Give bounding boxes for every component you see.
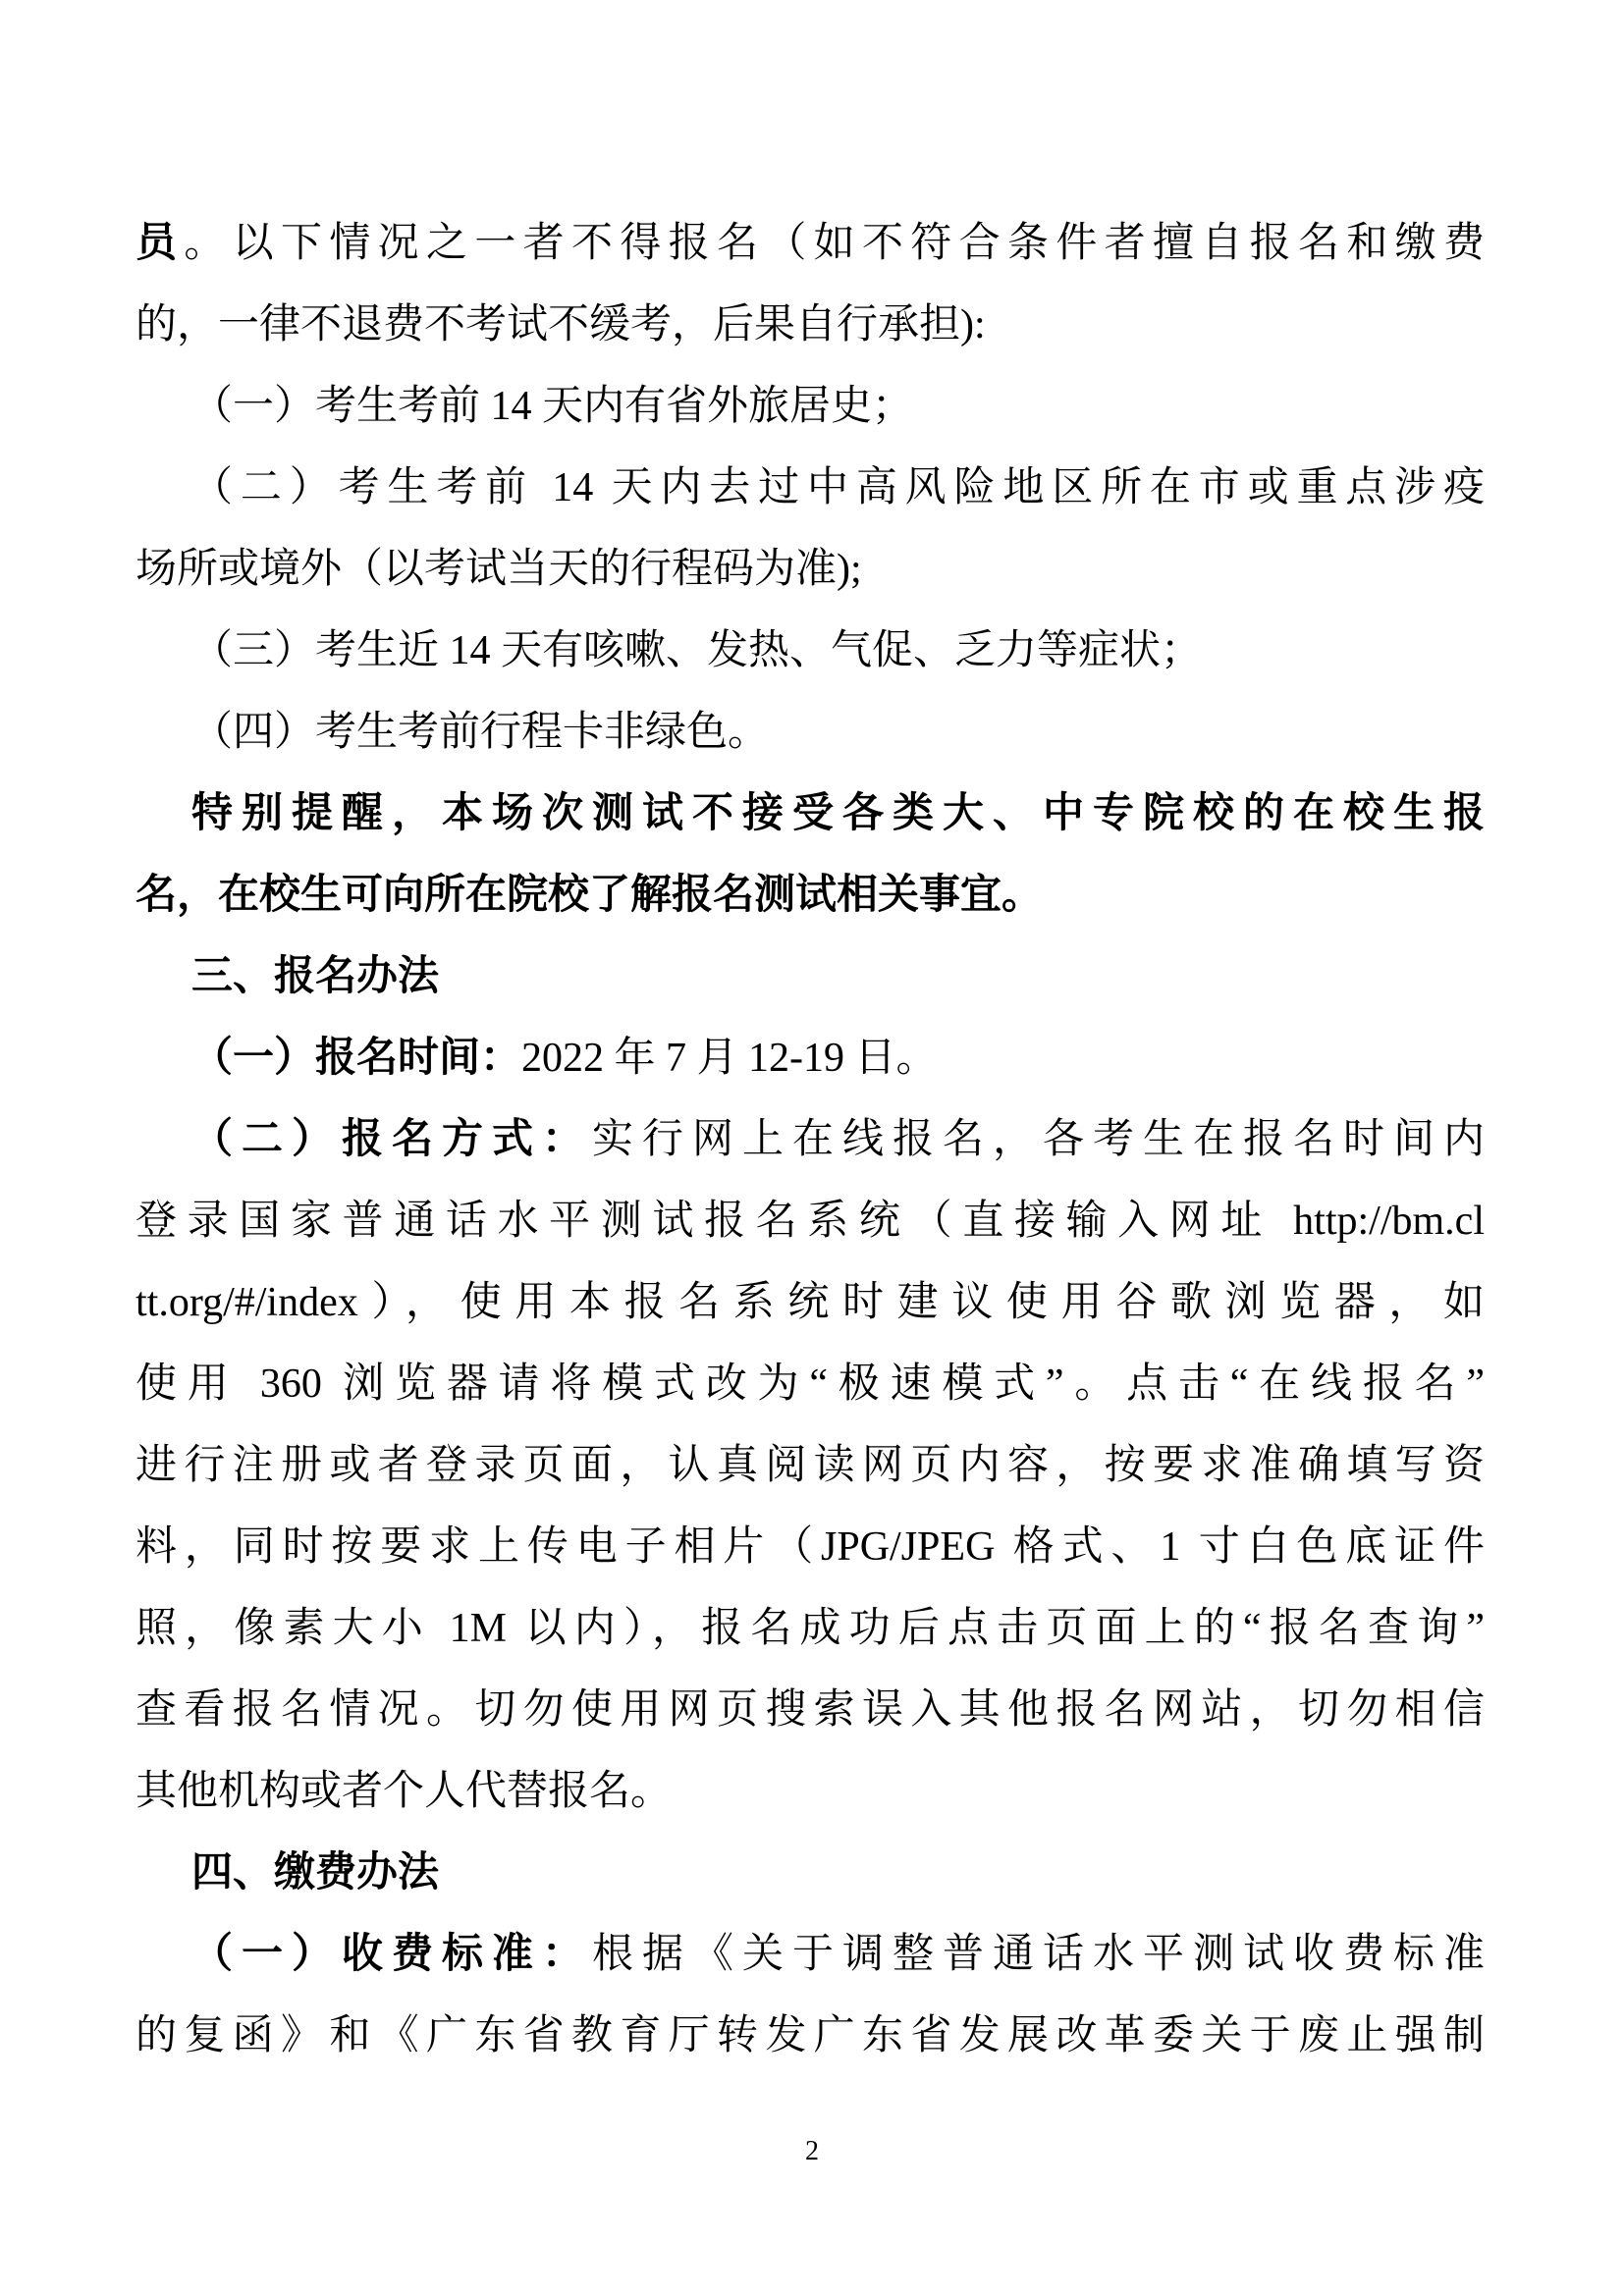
text-line: 特别提醒，本场次测试不接受各类大、中专院校的在校生报 xyxy=(135,774,1485,855)
line-text: （二）考生考前 14 天内去过中高风险地区所在市或重点涉疫 xyxy=(191,465,1485,510)
line-text: 。以下情况之一者不得报名（如不符合条件者擅自报名和缴费 xyxy=(184,221,1485,266)
line-text: 其他机构或者个人代替报名。 xyxy=(135,1769,672,1814)
text-line: （二）报名方式：实行网上在线报名，各考生在报名时间内 xyxy=(135,1099,1485,1181)
line-text: tt.org/#/index），使用本报名系统时建议使用谷歌浏览器，如 xyxy=(135,1280,1485,1325)
line-text: 四、缴费办法 xyxy=(191,1850,439,1896)
text-content: 员。以下情况之一者不得报名（如不符合条件者擅自报名和缴费 的，一律不退费不考试不… xyxy=(135,203,1485,2077)
text-line: （四）考生考前行程卡非绿色。 xyxy=(135,692,1485,774)
line-text: 料，同时按要求上传电子相片（JPG/JPEG 格式、1 寸白色底证件 xyxy=(135,1524,1485,1570)
line-text: 查看报名情况。切勿使用网页搜索误入其他报名网站，切勿相信 xyxy=(135,1687,1485,1733)
text-line: （三）考生近 14 天有咳嗽、发热、气促、乏力等症状； xyxy=(135,611,1485,692)
text-line: 场所或境外（以考试当天的行程码为准); xyxy=(135,529,1485,611)
line-text: 三、报名办法 xyxy=(191,954,439,999)
line-text: 的，一律不退费不考试不缓考，后果自行承担): xyxy=(135,302,986,347)
text-line: tt.org/#/index），使用本报名系统时建议使用谷歌浏览器，如 xyxy=(135,1262,1485,1344)
bold-lead: （一）收费标准： xyxy=(191,1932,592,1977)
line-text: （四）考生考前行程卡非绿色。 xyxy=(191,710,769,755)
text-line: （二）考生考前 14 天内去过中高风险地区所在市或重点涉疫 xyxy=(135,448,1485,529)
line-text: （一）考生考前 14 天内有省外旅居史； xyxy=(191,384,913,429)
line-text: 2022 年 7 月 12-19 日。 xyxy=(521,1036,938,1081)
line-text: 名，在校生可向所在院校了解报名测试相关事宜。 xyxy=(135,873,1043,918)
line-text: 进行注册或者登录页面，认真阅读网页内容，按要求准确填写资 xyxy=(135,1443,1485,1488)
bold-lead: （二）报名方式： xyxy=(191,1117,592,1162)
line-text: 实行网上在线报名，各考生在报名时间内 xyxy=(592,1117,1485,1162)
text-line: （一）考生考前 14 天内有省外旅居史； xyxy=(135,366,1485,448)
text-line: 名，在校生可向所在院校了解报名测试相关事宜。 xyxy=(135,855,1485,936)
section-heading: 四、缴费办法 xyxy=(135,1833,1485,1914)
line-text: 特别提醒，本场次测试不接受各类大、中专院校的在校生报 xyxy=(191,791,1485,836)
text-line: 照，像素大小 1M 以内），报名成功后点击页面上的“报名查询” xyxy=(135,1588,1485,1670)
line-text: 使用 360 浏览器请将模式改为“极速模式”。点击“在线报名” xyxy=(135,1362,1485,1407)
text-line: （一）报名时间：2022 年 7 月 12-19 日。 xyxy=(135,1018,1485,1099)
document-page: 员。以下情况之一者不得报名（如不符合条件者擅自报名和缴费 的，一律不退费不考试不… xyxy=(0,0,1624,2296)
text-line: 员。以下情况之一者不得报名（如不符合条件者擅自报名和缴费 xyxy=(135,203,1485,285)
text-line: 其他机构或者个人代替报名。 xyxy=(135,1751,1485,1833)
line-text: （三）考生近 14 天有咳嗽、发热、气促、乏力等症状； xyxy=(191,628,1202,673)
section-heading: 三、报名办法 xyxy=(135,936,1485,1018)
text-line: 的复函》和《广东省教育厅转发广东省发展改革委关于废止强制 xyxy=(135,1996,1485,2077)
text-line: 料，同时按要求上传电子相片（JPG/JPEG 格式、1 寸白色底证件 xyxy=(135,1507,1485,1588)
line-text: 照，像素大小 1M 以内），报名成功后点击页面上的“报名查询” xyxy=(135,1606,1485,1651)
bold-lead: 员 xyxy=(135,221,184,266)
line-text: 的复函》和《广东省教育厅转发广东省发展改革委关于废止强制 xyxy=(135,2013,1485,2058)
line-text: 登录国家普通话水平测试报名系统（直接输入网址 http://bm.cl xyxy=(135,1199,1485,1244)
page-number: 2 xyxy=(0,2132,1624,2171)
text-line: 的，一律不退费不考试不缓考，后果自行承担): xyxy=(135,285,1485,366)
line-text: 场所或境外（以考试当天的行程码为准); xyxy=(135,547,862,592)
line-text: 根据《关于调整普通话水平测试收费标准 xyxy=(592,1932,1485,1977)
bold-lead: （一）报名时间： xyxy=(191,1036,521,1081)
text-line: 进行注册或者登录页面，认真阅读网页内容，按要求准确填写资 xyxy=(135,1425,1485,1507)
text-line: 使用 360 浏览器请将模式改为“极速模式”。点击“在线报名” xyxy=(135,1344,1485,1425)
text-line: （一）收费标准：根据《关于调整普通话水平测试收费标准 xyxy=(135,1914,1485,1996)
text-line: 查看报名情况。切勿使用网页搜索误入其他报名网站，切勿相信 xyxy=(135,1670,1485,1751)
text-line: 登录国家普通话水平测试报名系统（直接输入网址 http://bm.cl xyxy=(135,1181,1485,1262)
